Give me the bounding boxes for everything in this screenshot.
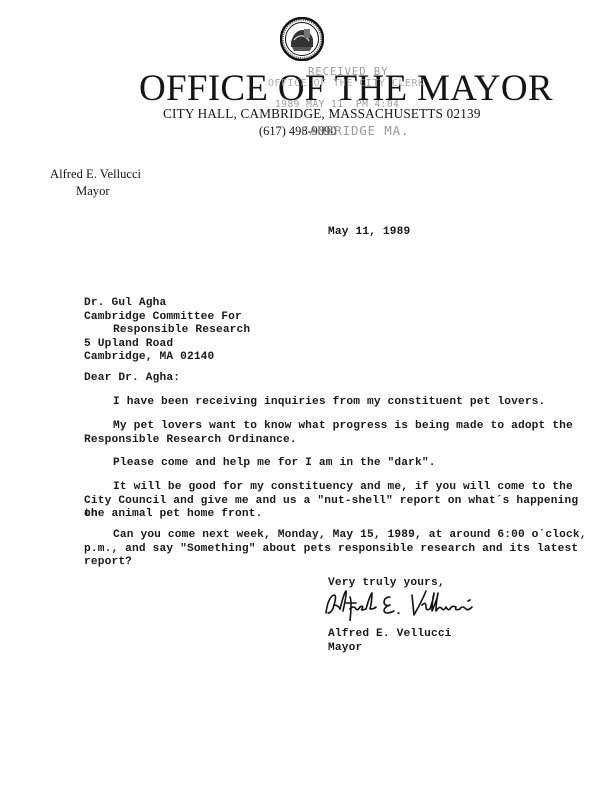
body-line: My pet lovers want to know what progress… [84, 420, 573, 434]
body-line: report? [84, 556, 587, 570]
body-line: Responsible Research Ordinance. [84, 434, 573, 448]
body-line: I have been receiving inquiries from my … [84, 396, 545, 410]
recipient-org-cont: Responsible Research [84, 324, 250, 338]
letter-date: May 11, 1989 [328, 226, 410, 238]
received-stamp-line3: 1989 MAY 11 PM 4:04 [275, 99, 399, 110]
sender-name: Alfred E. Vellucci [50, 167, 141, 182]
body-paragraph-5: Can you come next week, Monday, May 15, … [84, 529, 587, 570]
city-seal-icon [280, 17, 324, 61]
salutation: Dear Dr. Agha: [84, 372, 180, 384]
received-stamp-line2: OFFICE OF THE CITY CLERK [268, 78, 425, 89]
closing-title: Mayor [328, 642, 362, 654]
handwritten-signature-icon [322, 587, 482, 621]
body-line: p.m., and say "Something" about pets res… [84, 543, 587, 557]
received-stamp-line4: CAMBRIDGE MA. [301, 123, 409, 138]
closing-name: Alfred E. Vellucci [328, 628, 452, 640]
body-paragraph-2: My pet lovers want to know what progress… [84, 420, 573, 447]
recipient-street: 5 Upland Road [84, 338, 250, 352]
body-line: City Council and give me and us a "nut-s… [84, 495, 593, 509]
recipient-city: Cambridge, MA 02140 [84, 351, 250, 365]
body-line: It will be good for my constituency and … [84, 481, 593, 495]
sender-title: Mayor [76, 184, 110, 199]
recipient-name: Dr. Gul Agha [84, 297, 250, 311]
body-line: Can you come next week, Monday, May 15, … [84, 529, 587, 543]
recipient-org: Cambridge Committee For [84, 311, 250, 325]
body-paragraph-3: Please come and help me for I am in the … [84, 457, 436, 471]
received-stamp-line1: RECEIVED BY [308, 66, 389, 78]
body-line: the animal pet home front. [84, 508, 593, 522]
body-paragraph-1: I have been receiving inquiries from my … [84, 396, 545, 410]
body-paragraph-4: It will be good for my constituency and … [84, 481, 593, 522]
recipient-address: Dr. Gul Agha Cambridge Committee For Res… [84, 297, 250, 365]
body-line: Please come and help me for I am in the … [84, 457, 436, 471]
